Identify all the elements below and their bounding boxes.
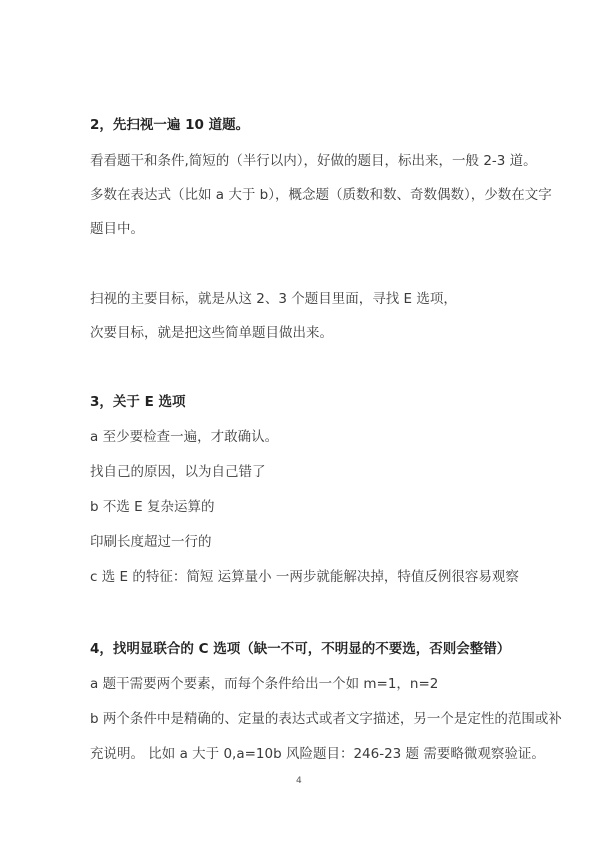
paragraph-line: b 两个条件中是精确的、定量的表达式或者文字描述，另一个是定性的范围或补: [90, 710, 562, 728]
paragraph-line: 看看题干和条件,简短的（半行以内），好做的题目，标出来，一般 2-3 道。: [90, 152, 537, 170]
paragraph-line: 扫视的主要目标，就是从这 2、3 个题目里面，寻找 E 选项，: [90, 290, 457, 308]
paragraph-line: 印刷长度超过一行的: [90, 533, 212, 551]
paragraph-line: b 不选 E 复杂运算的: [90, 498, 214, 516]
paragraph-line: 次要目标，就是把这些简单题目做出来。: [90, 324, 333, 342]
section-heading: 3，关于 E 选项: [90, 393, 186, 411]
paragraph-line: c 选 E 的特征：简短 运算量小 一两步就能解决掉，特值反例很容易观察: [90, 568, 519, 586]
paragraph-line: 多数在表达式（比如 a 大于 b），概念题（质数和数、奇数偶数），少数在文字: [90, 186, 552, 204]
paragraph-line: 题目中。: [90, 220, 144, 238]
section-heading: 2，先扫视一遍 10 道题。: [90, 116, 249, 134]
paragraph-line: a 至少要检查一遍，才敢确认。: [90, 428, 278, 446]
paragraph-line: 充说明。 比如 a 大于 0,a=10b 风险题目：246-23 题 需要略微观…: [90, 745, 545, 763]
paragraph-line: a 题干需要两个要素，而每个条件给出一个如 m=1，n=2: [90, 675, 438, 693]
paragraph-line: 找自己的原因，以为自己错了: [90, 463, 266, 481]
page-number: 4: [296, 776, 302, 786]
section-heading: 4，找明显联合的 C 选项（缺一不可，不明显的不要选，否则会整错）: [90, 640, 510, 658]
